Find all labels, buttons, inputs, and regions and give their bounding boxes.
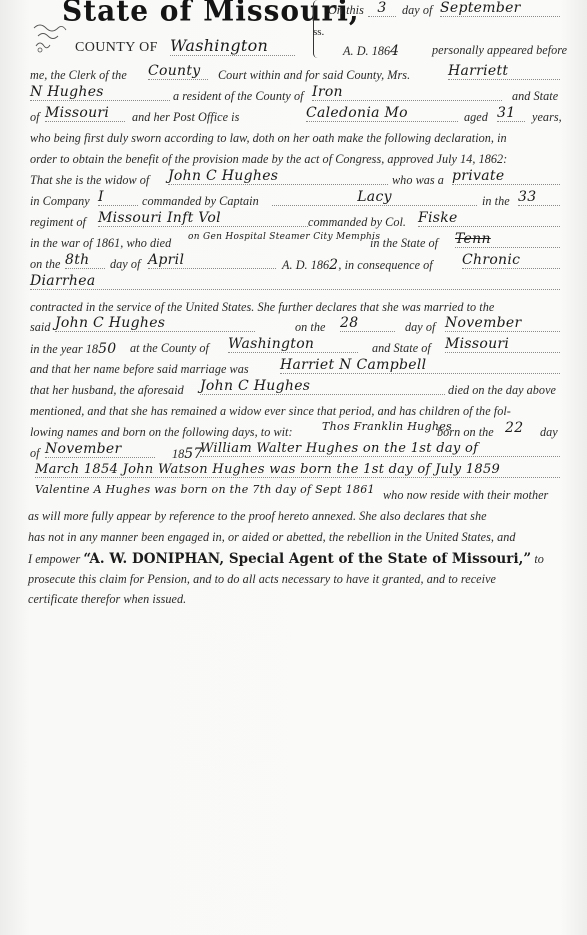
text: That she is the widow of [30, 173, 149, 188]
power-of-attorney-line: I empower “A. W. DONIPHAN, Special Agent… [28, 551, 544, 567]
text: commanded by Captain [142, 194, 259, 209]
child3-field: March 1854 John Watson Hughes was born t… [35, 462, 560, 478]
residence-county-field: Iron [312, 84, 502, 101]
text: on the [295, 320, 325, 335]
text: regiment of [30, 215, 86, 230]
text: aged [464, 110, 488, 125]
month-field: September [440, 0, 560, 17]
text: at the County of [130, 341, 209, 356]
text: lowing names and born on the following d… [30, 425, 293, 440]
appeared-label: personally appeared before [432, 43, 567, 58]
text: years, [532, 110, 562, 125]
text: me, the Clerk of the [30, 68, 127, 83]
text: of [30, 110, 40, 125]
maiden-name-field: Harriet N Campbell [280, 357, 560, 374]
cause-field-1: Chronic [462, 252, 560, 269]
death-state-field: Tenn [455, 231, 560, 248]
child1-day-field: 22 [505, 420, 523, 436]
on-this-label: On this [328, 3, 364, 18]
marriage-day-field: 28 [340, 315, 395, 332]
county-label: COUNTY OF [75, 40, 158, 56]
child1-month-field: November [45, 441, 155, 458]
husband-name-field-3: John C Hughes [200, 378, 445, 395]
cause-field-2: Diarrhea [30, 273, 560, 290]
child1-name-field: Thos Franklin Hughes [322, 420, 452, 433]
day-of-label: day of [402, 3, 432, 18]
marriage-year: in the year 1850 [30, 341, 116, 357]
child2-field: William Walter Hughes on the 1st day of [200, 441, 560, 457]
text: who being first duly sworn according to … [30, 131, 507, 146]
text: day of [405, 320, 435, 335]
death-month-field: April [148, 252, 276, 269]
death-day-field: 8th [65, 252, 105, 269]
child1-year: 1857 [172, 446, 203, 462]
text: in the [482, 194, 510, 209]
text: that her husband, the aforesaid [30, 383, 184, 398]
county-field: Washington [170, 36, 295, 56]
marriage-month-field: November [445, 315, 560, 332]
text: of [30, 446, 40, 461]
text: as will more fully appear by reference t… [28, 509, 487, 524]
text: and that her name before said marriage w… [30, 362, 249, 377]
colonel-field: Fiske [418, 210, 560, 227]
death-place-field: on Gen Hospital Steamer City Memphis [188, 232, 380, 242]
text: mentioned, and that she has remained a w… [30, 404, 511, 419]
rank-field: private [452, 168, 560, 185]
regiment-field: Missouri Inft Vol [98, 210, 308, 227]
ss-label: ss. [313, 26, 324, 38]
text: in the war of 1861, who died [30, 236, 171, 251]
company-field: I [98, 189, 138, 206]
pension-declaration-document: State of Missouri, On this 3 day of Sept… [0, 0, 587, 935]
text: prosecute this claim for Pension, and to… [28, 572, 496, 587]
text: said [30, 320, 51, 335]
marriage-county-field: Washington [228, 336, 358, 353]
husband-name-field-2: John C Hughes [55, 315, 255, 332]
husband-name-field: John C Hughes [168, 168, 388, 185]
text: order to obtain the benefit of the provi… [30, 152, 507, 167]
text: a resident of the County of [173, 89, 304, 104]
applicant-first-name-field: Harriett [448, 63, 560, 80]
ornamental-flourish-icon [30, 22, 72, 54]
post-office-field: Caledonia Mo [306, 105, 458, 122]
text: has not in any manner been engaged in, o… [28, 530, 516, 545]
text: died on the day above [448, 383, 556, 398]
text: and State of [372, 341, 431, 356]
residence-state-field: Missouri [45, 105, 125, 122]
text: and her Post Office is [132, 110, 239, 125]
applicant-last-name-field: N Hughes [30, 84, 170, 101]
day-field: 3 [368, 0, 396, 17]
marriage-state-field: Missouri [445, 336, 560, 353]
death-year: A. D. 1862, in consequence of [282, 257, 433, 273]
text: on the [30, 257, 60, 272]
text: day of [110, 257, 140, 272]
agent-name: “A. W. DONIPHAN, Special Agent of the St… [83, 551, 531, 567]
captain-field: Lacy [272, 189, 477, 206]
text: in the State of [370, 236, 438, 251]
text: in Company [30, 194, 90, 209]
text: certificate therefor when issued. [28, 592, 186, 607]
text: who now reside with their mother [383, 488, 548, 503]
text: Court within and for said County, Mrs. [218, 68, 410, 83]
ad-year: A. D. 1864 [343, 43, 399, 59]
text: contracted in the service of the United … [30, 300, 494, 315]
child4-field: Valentine A Hughes was born on the 7th d… [35, 483, 375, 496]
text: born on the [437, 425, 494, 440]
text: day [540, 425, 558, 440]
text: and State [512, 89, 558, 104]
court-type-field: County [148, 63, 208, 80]
age-field: 31 [497, 105, 525, 122]
text: who was a [392, 173, 444, 188]
text: commanded by Col. [308, 215, 406, 230]
regiment-number-field: 33 [518, 189, 560, 206]
